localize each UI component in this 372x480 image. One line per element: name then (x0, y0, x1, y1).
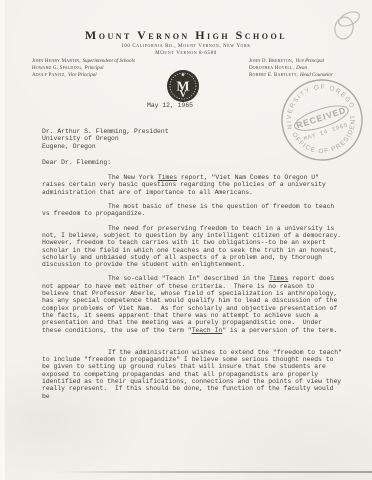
paragraph-text: The need for preserving freedom to teach… (42, 225, 349, 268)
official-name: Howard G. Spalding, (32, 66, 83, 71)
seal-monogram-v: V (179, 89, 187, 100)
letter-date: May 12, 1965 (0, 102, 340, 109)
paragraph-text: The most basic of these is the question … (42, 203, 338, 217)
letter-paragraph: The need for preserving freedom to teach… (42, 225, 342, 269)
underlined-text: Teach In (192, 327, 223, 334)
recipient-line: University of Oregon (42, 135, 342, 142)
school-phone: MOunt Vernon 8-6580 (0, 50, 372, 56)
official-title: Principal (85, 66, 104, 71)
school-address: 100 California Rd., Mount Vernon, New Yo… (0, 43, 372, 49)
underlined-text: Times (269, 275, 288, 282)
paragraph-text: The so-called "Teach In" described in th… (108, 275, 269, 282)
school-seal-icon: M V (164, 67, 202, 105)
paragraphs-container: The New York Times report, "Viet Nam Com… (42, 174, 342, 400)
scan-bottom-edge (55, 471, 372, 473)
salutation: Dear Dr. Flemming: (42, 159, 342, 166)
letter-body: Dr. Arthur S. Flemming, President Univer… (42, 128, 342, 407)
paragraph-text: If the administration wishes to extend t… (42, 349, 346, 400)
letter-paragraph: The New York Times report, "Viet Nam Com… (42, 174, 342, 196)
official-line: John Henry Martin,Superintendent of Scho… (32, 58, 135, 65)
officials-left: John Henry Martin,Superintendent of Scho… (32, 58, 135, 79)
school-name: Mount Vernon High School (0, 28, 372, 43)
scan-left-edge (0, 0, 5, 480)
letter-paragraph: The most basic of these is the question … (42, 203, 342, 218)
recipient-block: Dr. Arthur S. Flemming, President Univer… (42, 128, 342, 150)
letter-paragraph: If the administration wishes to extend t… (42, 349, 342, 400)
recipient-line: Eugene, Oregon (42, 143, 342, 150)
underlined-text: Times (158, 174, 177, 181)
letter-paragraph: The so-called "Teach In" described in th… (42, 275, 342, 333)
paragraph-text: " is a perversion of the term. (222, 327, 337, 334)
official-title: Vice Principal (68, 73, 97, 78)
official-name: John Henry Martin, (32, 59, 81, 64)
paragraph-text: report does not appear to have met eithe… (42, 275, 341, 333)
paragraph-text: report, "Viet Nam Comes to Oregon U" rai… (42, 174, 330, 196)
official-name: Adolf Panitz, (32, 73, 66, 78)
recipient-line: Dr. Arthur S. Flemming, President (42, 128, 342, 135)
official-line: Howard G. Spalding,Principal (32, 65, 135, 72)
official-line: Adolf Panitz,Vice Principal (32, 72, 135, 79)
official-title: Superintendent of Schools (83, 59, 135, 64)
paragraph-text: The New York (108, 174, 158, 181)
